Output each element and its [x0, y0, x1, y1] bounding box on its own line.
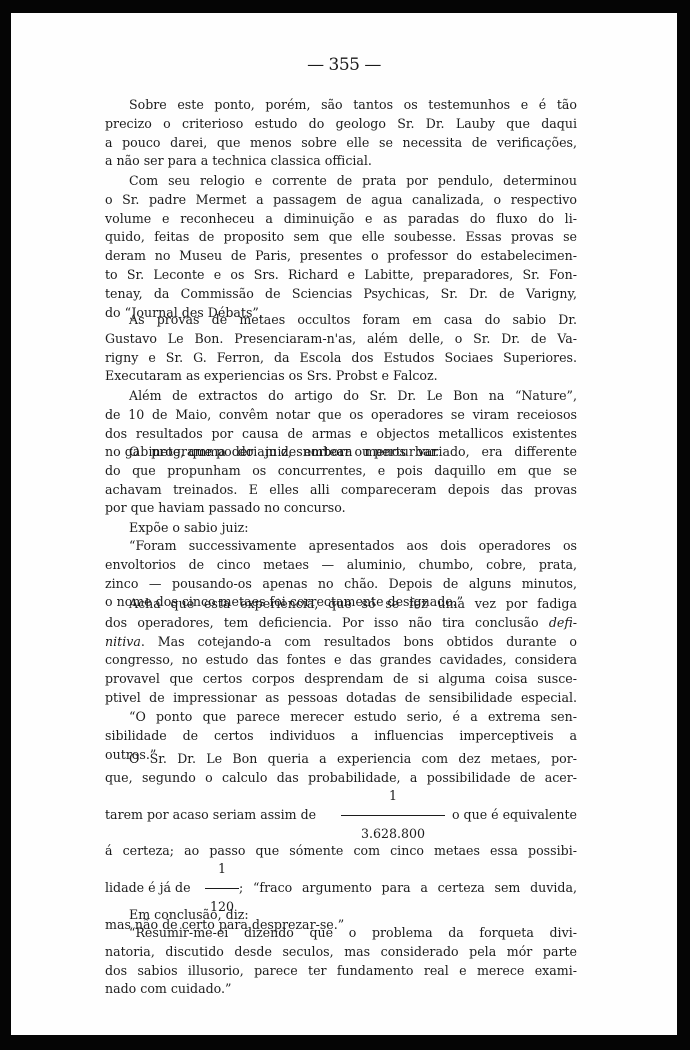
text-line: nado com cuidado.” [105, 980, 577, 999]
fraction-line-1: tarem por acaso seriam assim de 1 3.628.… [105, 806, 577, 825]
paragraph-3: As provas de metaes occultos foram em ca… [105, 311, 577, 386]
text-line: Gustavo Le Bon. Presenciaram-n'as, além … [105, 330, 577, 349]
fraction-suffix: ; “fraco argumento para a certeza sem du… [239, 879, 577, 898]
text-line: dos resultados por causa de armas e obje… [105, 425, 577, 444]
text-line: rigny e Sr. G. Ferron, da Escola dos Est… [105, 349, 577, 368]
text-line: a não ser para a technica classica offic… [105, 152, 577, 171]
text-line: tenay, da Commissão de Sciencias Psychic… [105, 285, 577, 304]
text-line: natoria, discutido desde seculos, mas co… [105, 943, 577, 962]
text-line: por que haviam passado no concurso. [105, 499, 577, 518]
text-line: “Resumir-me-ei dizendo que o problema da… [105, 924, 577, 943]
fraction-prefix: tarem por acaso seriam assim de [105, 806, 316, 825]
text-line: do que propunham os concurrentes, e pois… [105, 462, 577, 481]
text-line: Sobre este ponto, porém, são tantos os t… [105, 96, 577, 115]
text-line-with-italic: dos operadores, tem deficiencia. Por iss… [105, 614, 577, 633]
paragraph-5: O programma do juiz, embora menos variad… [105, 443, 577, 518]
fraction-numerator: 1 [205, 860, 239, 879]
fraction-bar [341, 815, 445, 816]
text-line: O programma do juiz, embora menos variad… [105, 443, 577, 462]
text-line: “O ponto que parece merecer estudo serio… [105, 708, 577, 727]
text-line: zinco — pousando-os apenas no chão. Depo… [105, 575, 577, 594]
text-line: volume e reconheceu a diminuição e as pa… [105, 210, 577, 229]
text-line: envoltorios de cinco metaes — aluminio, … [105, 556, 577, 575]
text-line: quido, feitas de proposito sem que elle … [105, 228, 577, 247]
text-line: provavel que certos corpos desprendam de… [105, 670, 577, 689]
paragraph-1: Sobre este ponto, porém, são tantos os t… [105, 96, 577, 171]
text-line: á certeza; ao passo que sómente com cinc… [105, 842, 577, 861]
text-line: Executaram as experiencias os Srs. Probs… [105, 367, 577, 386]
text-line: Com seu relogio e corrente de prata por … [105, 172, 577, 191]
text-line: As provas de metaes occultos foram em ca… [105, 311, 577, 330]
text-line: O Sr. Dr. Le Bon queria a experiencia co… [105, 750, 577, 769]
text-line: “Foram successivamente apresentados aos … [105, 537, 577, 556]
fraction-suffix: o que é equivalente [452, 806, 577, 825]
text-line: sibilidade de certos individuos a influe… [105, 727, 577, 746]
fraction-denominator: 3.628.800 [341, 825, 445, 844]
text-line: que, segundo o calculo das probabilidade… [105, 769, 577, 788]
fraction-line-2: lidade é já de 1 120 ; “fraco argumento … [105, 879, 577, 898]
fraction-3628800: 1 3.628.800 [341, 806, 445, 825]
text-line-with-italic: nitiva. Mas cotejando-a com resultados b… [105, 633, 577, 652]
text-line: achavam treinados. E elles alli comparec… [105, 481, 577, 500]
paragraph-12-quote: “Resumir-me-ei dizendo que o problema da… [105, 924, 577, 999]
paragraph-6: Expõe o sabio juiz: [105, 519, 577, 538]
text-line: o Sr. padre Mermet a passagem de agua ca… [105, 191, 577, 210]
book-page: — 355 — Sobre este ponto, porém, são tan… [11, 13, 677, 1035]
text-line: ptivel de impressionar as pessoas dotada… [105, 689, 577, 708]
text-line: deram no Museu de Paris, presentes o pro… [105, 247, 577, 266]
text-line: to Sr. Leconte e os Srs. Richard e Labit… [105, 266, 577, 285]
text-line: de 10 de Maio, convêm notar que os opera… [105, 406, 577, 425]
text-line: Além de extractos do artigo do Sr. Dr. L… [105, 387, 577, 406]
text-line: Em conclusão, diz: [105, 906, 577, 925]
italic-word: nitiva [105, 634, 141, 649]
text-line: Acha que esta experiencia, que só se fez… [105, 595, 577, 614]
text-line: dos sabios illusorio, parece ter fundame… [105, 962, 577, 981]
paragraph-8: Acha que esta experiencia, que só se fez… [105, 595, 577, 708]
fraction-120: 1 120 [205, 879, 239, 898]
text-line: precizo o criterioso estudo do geologo S… [105, 115, 577, 134]
page-number: — 355 — [11, 55, 677, 75]
paragraph-2: Com seu relogio e corrente de prata por … [105, 172, 577, 322]
fraction-prefix: lidade é já de [105, 879, 191, 898]
text-line: congresso, no estudo das fontes e das gr… [105, 651, 577, 670]
italic-word: defi- [549, 615, 577, 630]
text-line: a pouco darei, que menos sobre elle se n… [105, 134, 577, 153]
text-line: Expõe o sabio juiz: [105, 519, 577, 538]
fraction-numerator: 1 [341, 787, 445, 806]
fraction-bar [205, 888, 239, 889]
paragraph-11: Em conclusão, diz: [105, 906, 577, 925]
